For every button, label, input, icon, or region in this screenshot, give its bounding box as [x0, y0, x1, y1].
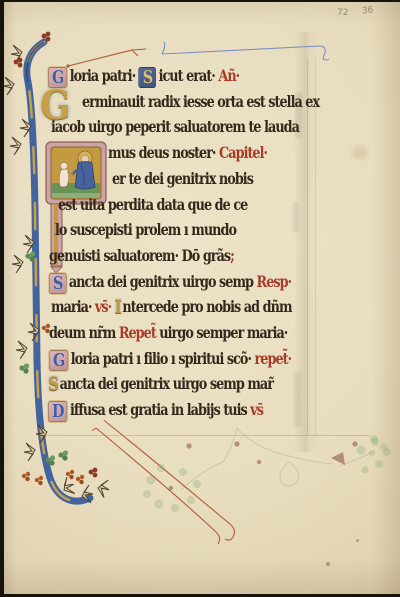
text-segment: deum nr̃m — [49, 323, 115, 342]
text-segment: iacob uirgo peperit saluatorem te lauda — [51, 117, 299, 136]
rubric-text: ; — [230, 246, 234, 265]
text-line-1: Gloria patri· Sicut erat· Añ· — [48, 65, 239, 88]
decorated-initial: G — [49, 350, 68, 371]
decorated-initial: S — [49, 273, 66, 294]
text-segment: ancta dei genitrix uirgo semp mar̃ — [60, 374, 273, 393]
text-line-13: Sancta dei genitrix uirgo semp mar̃ — [48, 373, 273, 395]
text-line-3: iacob uirgo peperit saluatorem te lauda — [51, 116, 299, 138]
text-line-14: Diffusa est gratia in labijs tuis vs̄ — [48, 399, 263, 422]
text-segment: ntercede pro nobis ad dñm — [122, 297, 291, 316]
decorated-initial: G — [48, 67, 67, 88]
text-segment: mus deus noster· — [108, 143, 216, 162]
rubric-text: Añ· — [215, 66, 239, 85]
text-line-2: erminauit radix iesse orta est stella ex — [82, 91, 319, 113]
text-block: Gloria patri· Sicut erat· Añ·erminauit r… — [4, 2, 400, 594]
rubric-text: Resp· — [253, 272, 291, 291]
text-segment: erminauit radix iesse orta est stella ex — [82, 92, 319, 111]
text-segment: genuisti saluatorem· Dō grãs — [49, 246, 230, 265]
text-line-4: mus deus noster· Capitel· — [108, 142, 267, 164]
decorated-initial: I — [115, 296, 121, 318]
text-segment: maria· — [51, 297, 91, 316]
text-line-9: Sancta dei genitrix uirgo semp Resp· — [49, 271, 291, 294]
text-segment: ancta dei genitrix uirgo semp — [69, 272, 253, 291]
rubric-text: repet̃· — [251, 349, 291, 368]
text-segment: uirgo semper maria· — [156, 323, 288, 342]
text-line-6: est uita perdita data que de ce — [58, 194, 247, 216]
text-line-12: Gloria patri ı filio ı spiritui scõ· rep… — [49, 348, 291, 371]
rubric-text: Capitel· — [216, 143, 267, 162]
text-line-8: genuisti saluatorem· Dō grãs; — [49, 245, 234, 267]
text-segment: loria patri ı filio ı spiritui scõ· — [71, 349, 251, 368]
text-segment: lo suscepisti prolem ı mundo — [55, 220, 236, 239]
text-line-5: er te dei genitrix nobis — [112, 168, 253, 190]
parchment-page: 72 36 — [4, 2, 400, 594]
text-segment: iffusa est gratia in labijs tuis — [70, 400, 247, 419]
text-line-10: maria· vs̄· Intercede pro nobis ad dñm — [51, 296, 292, 318]
decorated-initial: D — [48, 401, 68, 422]
decorated-initial: S — [48, 373, 58, 395]
text-segment: est uita perdita data que de ce — [58, 195, 247, 214]
rubric-text: vs̄· — [91, 297, 111, 316]
decorated-initial: S — [139, 67, 156, 88]
text-segment: er te dei genitrix nobis — [112, 169, 253, 188]
text-line-7: lo suscepisti prolem ı mundo — [55, 219, 236, 241]
text-line-11: deum nr̃m Repet̃ uirgo semper maria· — [49, 322, 287, 344]
rubric-text: vs̄ — [247, 400, 263, 419]
text-segment: loria patri· — [70, 66, 135, 85]
rubric-text: Repet̃ — [115, 323, 155, 342]
text-segment: icut erat· — [159, 66, 215, 85]
manuscript-photo: 72 36 — [0, 0, 400, 597]
